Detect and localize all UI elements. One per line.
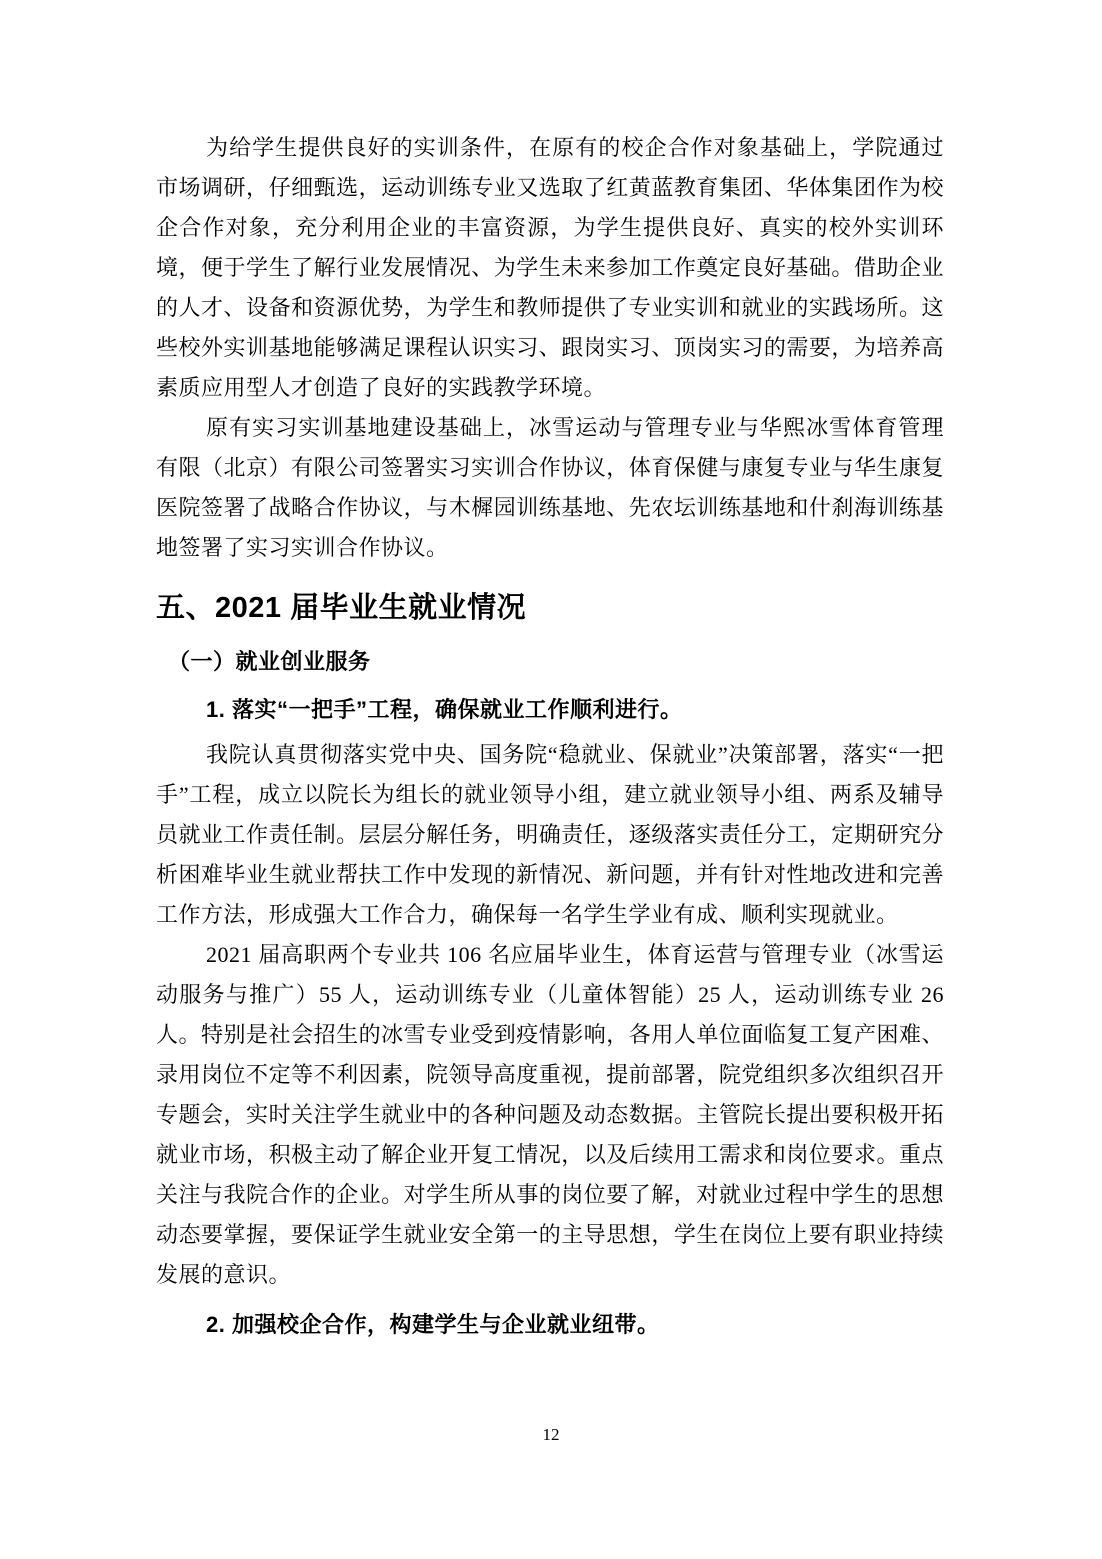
point-heading-top-leader-project: 1. 落实“一把手”工程，确保就业工作顺利进行。 <box>156 688 944 731</box>
section-heading-2021-graduates-employment: 五、2021 届毕业生就业情况 <box>156 586 944 630</box>
point-heading-school-enterprise-cooperation: 2. 加强校企合作，构建学生与企业就业纽带。 <box>156 1303 944 1346</box>
subsection-heading-employment-services: （一）就业创业服务 <box>156 640 944 683</box>
paragraph-training-base-agreements: 原有实习实训基地建设基础上，冰雪运动与管理专业与华熙冰雪体育管理有限（北京）有限… <box>156 408 944 568</box>
paragraph-practical-training-conditions: 为给学生提供良好的实训条件，在原有的校企合作对象基础上，学院通过市场调研，仔细甄… <box>156 128 944 408</box>
page-number: 12 <box>543 1425 560 1444</box>
page-footer: 12 <box>0 1424 1102 1446</box>
document-page: 为给学生提供良好的实训条件，在原有的校企合作对象基础上，学院通过市场调研，仔细甄… <box>0 0 1102 1559</box>
paragraph-employment-leadership: 我院认真贯彻落实党中央、国务院“稳就业、保就业”决策部署，落实“一把手”工程，成… <box>156 735 944 935</box>
paragraph-graduate-statistics: 2021 届高职两个专业共 106 名应届毕业生，体育运营与管理专业（冰雪运动服… <box>156 935 944 1295</box>
